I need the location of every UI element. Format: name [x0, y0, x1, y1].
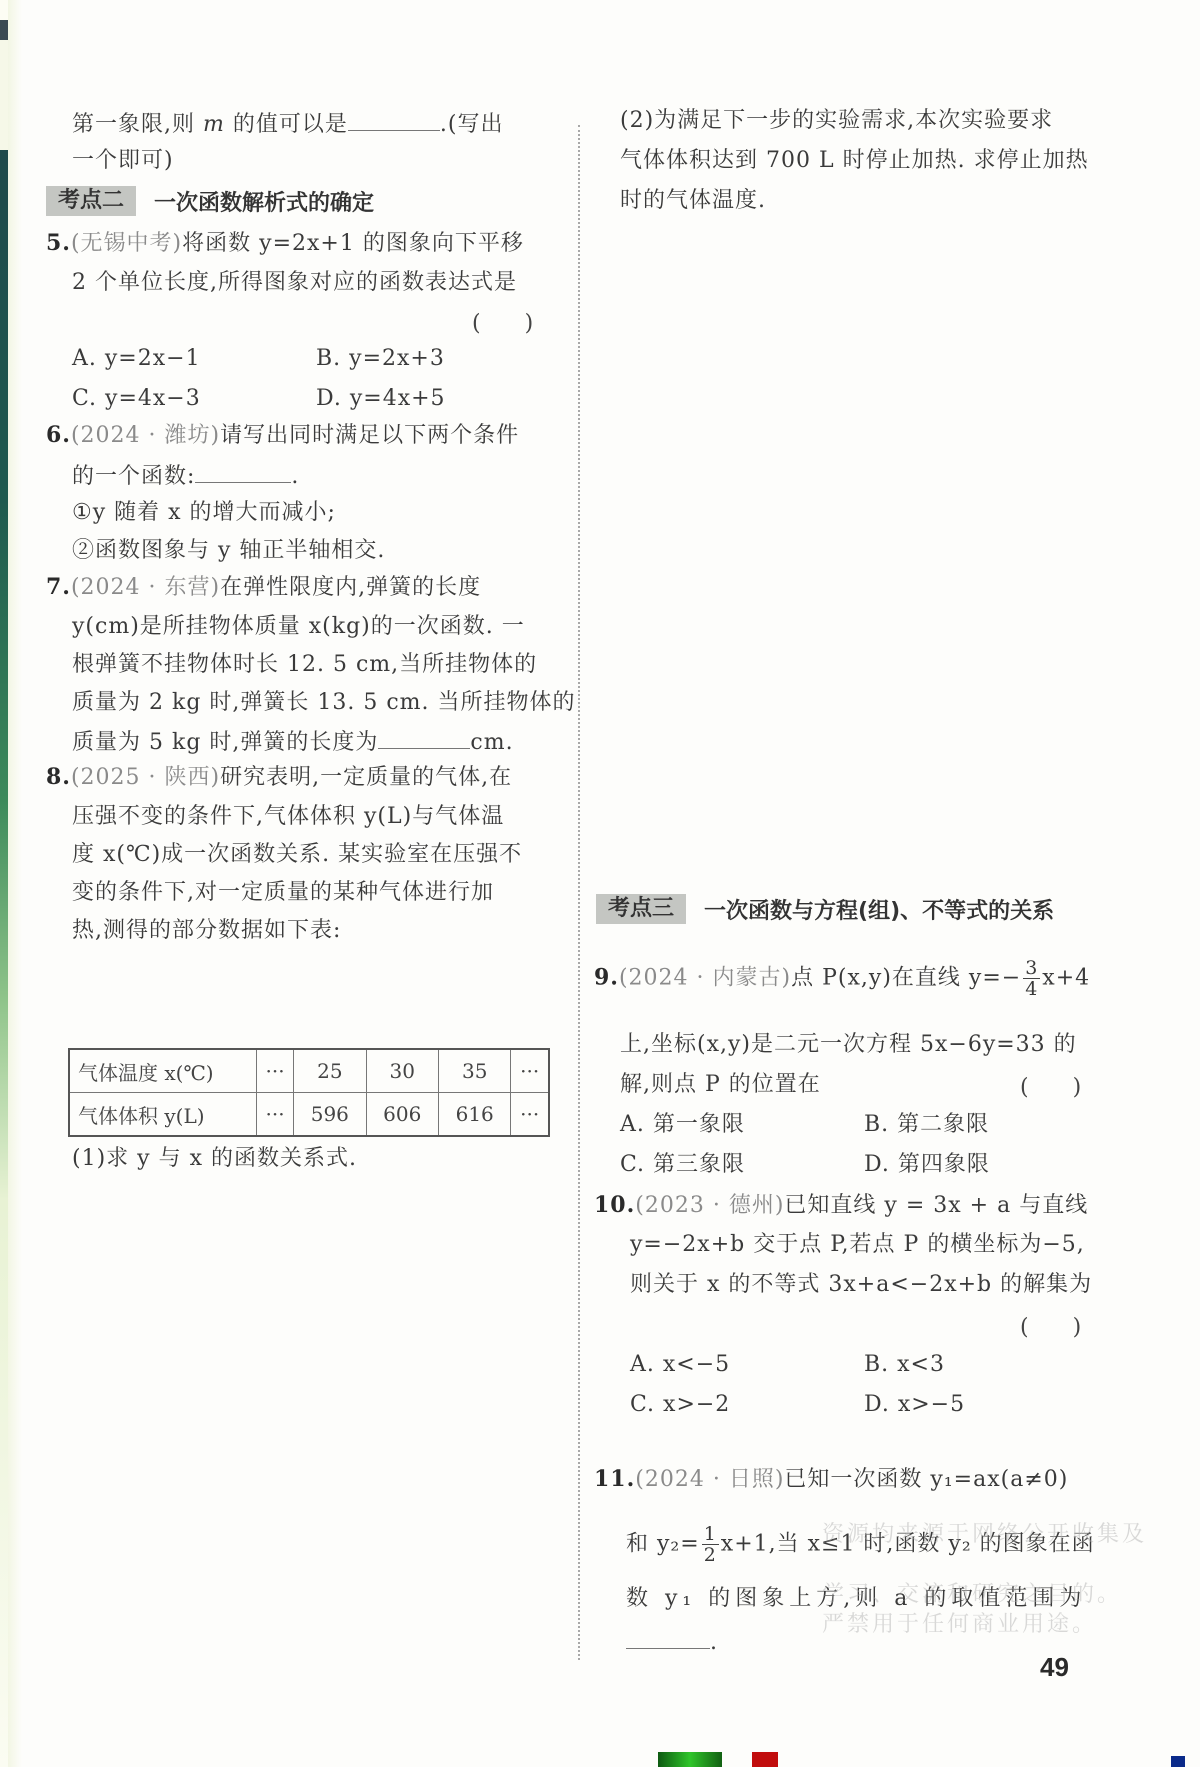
- question-source: (2025 · 陕西): [71, 765, 220, 790]
- binding-shadow: [8, 0, 22, 1767]
- question-source: (2024 · 潍坊): [71, 423, 220, 448]
- watermark-line: 严禁用于任何商业用途。: [822, 1610, 1147, 1640]
- color-tab-red: [752, 1752, 778, 1767]
- option-a[interactable]: A. 第一象限: [620, 1110, 745, 1140]
- question-7-line-5: 质量为 5 kg 时,弹簧的长度为cm.: [72, 726, 514, 758]
- table-cell: ···: [257, 1049, 294, 1093]
- table-row: 气体温度 x(℃) ··· 25 30 35 ···: [69, 1049, 549, 1093]
- question-number: 5.: [46, 230, 71, 256]
- text: 和 y₂=: [626, 1532, 700, 1557]
- text: 点 P(x,y)在直线 y=−: [791, 966, 1021, 991]
- option-d[interactable]: D. 第四象限: [864, 1150, 990, 1180]
- question-8-line-2: 压强不变的条件下,气体体积 y(L)与气体温: [72, 802, 504, 832]
- question-9-line-1: 9.(2024 · 内蒙古)点 P(x,y)在直线 y=−34x+4: [594, 958, 1090, 999]
- section-header-2: 考点二 一次函数解析式的确定: [46, 186, 374, 216]
- question-10-line-3: 则关于 x 的不等式 3x+a<−2x+b 的解集为: [630, 1270, 1092, 1300]
- fraction: 12: [702, 1524, 719, 1565]
- text: 已知直线 y = 3x + a 与直线: [784, 1193, 1088, 1218]
- question-6-line-1: 6.(2024 · 潍坊)请写出同时满足以下两个条件: [46, 420, 519, 451]
- table-row: 气体体积 y(L) ··· 596 606 616 ···: [69, 1093, 549, 1137]
- question-source: (无锡中考): [71, 231, 182, 256]
- text: .: [291, 464, 299, 489]
- text: 在弹性限度内,弹簧的长度: [220, 575, 481, 600]
- table-cell: 35: [438, 1049, 510, 1093]
- question-source: (2024 · 东营): [71, 575, 220, 600]
- question-5-line-2: 2 个单位长度,所得图象对应的函数表达式是: [72, 268, 517, 298]
- question-9-line-3: 解,则点 P 的位置在: [620, 1070, 821, 1100]
- question-10-line-2: y=−2x+b 交于点 P,若点 P 的横坐标为−5,: [630, 1230, 1085, 1260]
- option-c[interactable]: C. 第三象限: [620, 1150, 745, 1180]
- question-8-part-1: (1)求 y 与 x 的函数关系式.: [72, 1144, 357, 1174]
- question-8-part-2-line-3: 时的气体温度.: [620, 186, 766, 216]
- data-table: 气体温度 x(℃) ··· 25 30 35 ··· 气体体积 y(L) ···…: [68, 1048, 550, 1137]
- question-7-line-1: 7.(2024 · 东营)在弹性限度内,弹簧的长度: [46, 572, 481, 603]
- question-7-line-2: y(cm)是所挂物体质量 x(kg)的一次函数. 一: [72, 612, 525, 642]
- column-divider: [578, 125, 580, 1660]
- question-8-part-2-line-1: (2)为满足下一步的实验需求,本次实验要求: [620, 106, 1053, 136]
- text: 的一个函数:: [72, 464, 195, 489]
- question-8-line-3: 度 x(℃)成一次函数关系. 某实验室在压强不: [72, 840, 522, 870]
- text: 请写出同时满足以下两个条件: [220, 423, 519, 448]
- fraction-numerator: 1: [702, 1524, 719, 1545]
- fraction-denominator: 2: [702, 1545, 719, 1565]
- text: 研究表明,一定质量的气体,在: [220, 765, 512, 790]
- question-number: 9.: [594, 965, 619, 991]
- text: 的值可以是: [233, 112, 348, 137]
- text: 第一象限,则: [72, 112, 195, 137]
- table-cell: 596: [294, 1093, 366, 1137]
- section-tag: 考点三: [596, 894, 686, 924]
- option-c[interactable]: C. x>−2: [630, 1390, 730, 1420]
- answer-paren[interactable]: ( ): [472, 306, 533, 337]
- question-9-line-2: 上,坐标(x,y)是二元一次方程 5x−6y=33 的: [620, 1030, 1077, 1060]
- question-source: (2024 · 内蒙古): [619, 966, 791, 991]
- text: x+4: [1042, 966, 1090, 991]
- row-header: 气体温度 x(℃): [69, 1049, 257, 1093]
- option-a[interactable]: A. x<−5: [630, 1350, 730, 1380]
- question-6-condition-2: ②函数图象与 y 轴正半轴相交.: [72, 536, 385, 566]
- table-cell: ···: [511, 1093, 549, 1137]
- text: 质量为 5 kg 时,弹簧的长度为: [72, 730, 378, 755]
- continuation-line-1: 第一象限,则 m 的值可以是.(写出: [72, 108, 503, 140]
- answer-blank[interactable]: [626, 1626, 710, 1649]
- question-5-line-1: 5.(无锡中考)将函数 y=2x+1 的图象向下平移: [46, 228, 524, 259]
- page-number: 49: [1040, 1652, 1069, 1683]
- question-source: (2023 · 德州): [635, 1193, 784, 1218]
- answer-paren[interactable]: ( ): [1020, 1070, 1081, 1101]
- question-6-line-2: 的一个函数:.: [72, 460, 299, 492]
- text: cm.: [470, 730, 513, 755]
- question-source: (2024 · 日照): [635, 1467, 784, 1492]
- question-11-line-1: 11.(2024 · 日照)已知一次函数 y₁=ax(a≠0): [594, 1464, 1068, 1495]
- watermark-line: 资源均来源于网络公开收集及: [822, 1520, 1147, 1550]
- fraction-denominator: 4: [1023, 979, 1040, 999]
- fraction-numerator: 3: [1023, 958, 1040, 979]
- question-7-line-3: 根弹簧不挂物体时长 12. 5 cm,当所挂物体的: [72, 650, 537, 680]
- table-cell: ···: [257, 1093, 294, 1137]
- option-b[interactable]: B. y=2x+3: [316, 344, 445, 374]
- question-number: 8.: [46, 764, 71, 790]
- option-d[interactable]: D. y=4x+5: [316, 384, 446, 414]
- section-title: 一次函数与方程(组)、不等式的关系: [704, 894, 1054, 925]
- question-8-line-1: 8.(2025 · 陕西)研究表明,一定质量的气体,在: [46, 762, 512, 793]
- table-cell: 25: [294, 1049, 366, 1093]
- text: .(写出: [440, 112, 504, 137]
- question-number: 10.: [594, 1192, 635, 1218]
- watermark-line: 学习、交流和研究之目的。: [822, 1580, 1147, 1610]
- option-c[interactable]: C. y=4x−3: [72, 384, 201, 414]
- table-cell: 30: [366, 1049, 438, 1093]
- question-number: 6.: [46, 422, 71, 448]
- section-tag: 考点二: [46, 186, 136, 216]
- color-tab-green: [658, 1752, 722, 1767]
- row-header: 气体体积 y(L): [69, 1093, 257, 1137]
- book-binding-strip: [0, 0, 8, 1767]
- question-10-line-1: 10.(2023 · 德州)已知直线 y = 3x + a 与直线: [594, 1190, 1088, 1221]
- question-8-part-2-line-2: 气体体积达到 700 L 时停止加热. 求停止加热: [620, 146, 1089, 176]
- question-7-line-4: 质量为 2 kg 时,弹簧长 13. 5 cm. 当所挂物体的: [72, 688, 576, 718]
- answer-blank[interactable]: [378, 726, 470, 749]
- question-8-line-4: 变的条件下,对一定质量的某种气体进行加: [72, 878, 494, 908]
- watermark: 资源均来源于网络公开收集及 网络 仅供个人 学习、交流和研究之目的。 严禁用于任…: [822, 1520, 1147, 1640]
- question-6-condition-1: ①y 随着 x 的增大而减小;: [72, 498, 336, 528]
- section-title: 一次函数解析式的确定: [154, 186, 374, 217]
- answer-paren[interactable]: ( ): [1020, 1310, 1081, 1341]
- var-m: m: [203, 112, 225, 137]
- question-number: 7.: [46, 574, 71, 600]
- table-cell: 616: [438, 1093, 510, 1137]
- table-cell: ···: [511, 1049, 549, 1093]
- text: .: [710, 1630, 718, 1655]
- answer-blank[interactable]: [348, 108, 440, 131]
- answer-blank[interactable]: [195, 460, 291, 483]
- option-d[interactable]: D. x>−5: [864, 1390, 965, 1420]
- fraction: 34: [1023, 958, 1040, 999]
- option-b[interactable]: B. x<3: [864, 1350, 945, 1380]
- text: 已知一次函数 y₁=ax(a≠0): [784, 1467, 1068, 1492]
- table-cell: 606: [366, 1093, 438, 1137]
- question-number: 11.: [594, 1466, 635, 1492]
- section-header-3: 考点三 一次函数与方程(组)、不等式的关系: [596, 894, 1054, 924]
- option-a[interactable]: A. y=2x−1: [72, 344, 201, 374]
- color-tab-blue: [1171, 1756, 1185, 1767]
- continuation-line-2: 一个即可): [72, 146, 174, 176]
- option-b[interactable]: B. 第二象限: [864, 1110, 989, 1140]
- text: 将函数 y=2x+1 的图象向下平移: [182, 231, 524, 256]
- question-8-line-5: 热,测得的部分数据如下表:: [72, 916, 341, 946]
- question-11-line-4: .: [626, 1626, 718, 1658]
